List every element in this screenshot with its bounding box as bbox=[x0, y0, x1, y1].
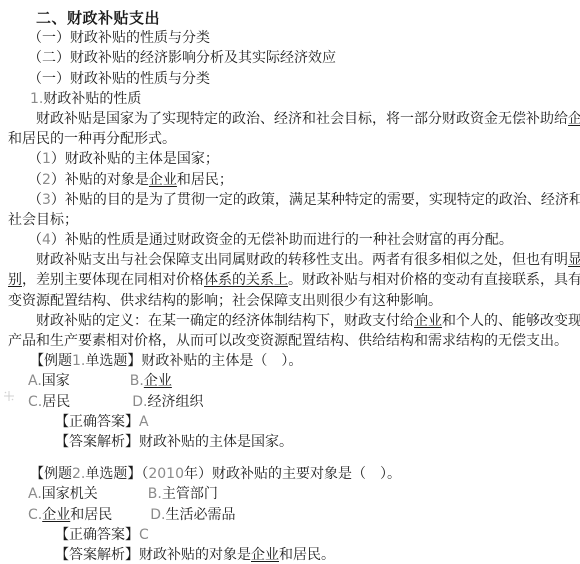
text-run: 单选题】（ bbox=[85, 466, 148, 482]
document-line: A.国家B.企业 bbox=[8, 371, 580, 391]
underlined-text: 企业 bbox=[149, 172, 177, 188]
text-run: 和个人的、能够改变现有 bbox=[442, 313, 580, 329]
document-line: A.国家机关B.主管部门 bbox=[8, 484, 580, 504]
document-line: （4）补贴的性质是通过财政资金的无偿补助而进行的一种社会财富的再分配。 bbox=[8, 230, 580, 250]
text-run: （ bbox=[28, 192, 42, 208]
text-run: （ bbox=[28, 151, 42, 167]
underlined-text: 企业 bbox=[251, 547, 279, 563]
text-run: 生活必需品 bbox=[165, 507, 235, 523]
underlined-text: 企业 bbox=[42, 507, 70, 523]
document-line: 变资源配置结构、供求结构的影响；社会保障支出则很少有这种影响。 bbox=[8, 291, 580, 311]
text-run: 居民 bbox=[42, 394, 70, 410]
text-run: （ bbox=[28, 172, 42, 188]
document-line: 1.财政补贴的性质 bbox=[8, 89, 580, 109]
anchor-cross-icon bbox=[3, 390, 15, 402]
document-line: C.居民D.经济组织 bbox=[8, 392, 580, 412]
document-line: 【例题1.单选题】财政补贴的主体是（ ）。 bbox=[8, 351, 580, 371]
text-run: D. bbox=[132, 394, 147, 410]
text-run: 【答案解析】财政补贴的主体是国家。 bbox=[55, 434, 293, 450]
underlined-text: 企业 bbox=[568, 111, 580, 127]
underlined-text: 显差 bbox=[568, 252, 580, 268]
text-run: 财政补贴是国家为了实现特定的政治、经济和社会目标，将一部分财政资金无偿补助给 bbox=[36, 111, 568, 127]
text-run: （一）财政补贴的性质与分类 bbox=[28, 30, 210, 46]
text-run: 1. bbox=[30, 91, 43, 107]
text-run: 社会目标； bbox=[8, 212, 78, 228]
text-run: 【正确答案】 bbox=[55, 414, 139, 430]
text-run: 主管部门 bbox=[162, 486, 218, 502]
text-run: 。财政补贴与相对价格的变动有直接联系，具有改 bbox=[288, 272, 580, 288]
document-line: （1）财政补贴的主体是国家； bbox=[8, 149, 580, 169]
document-line: （一）财政补贴的性质与分类 bbox=[8, 28, 580, 48]
text-run: 和居民 bbox=[70, 507, 112, 523]
document-line: 【答案解析】财政补贴的主体是国家。 bbox=[8, 432, 580, 452]
text-run: 和居民的一种再分配形式。 bbox=[8, 131, 176, 147]
document-line: 社会目标； bbox=[8, 210, 580, 230]
document-line: （2）补贴的对象是企业和居民； bbox=[8, 170, 580, 190]
text-run: 变资源配置结构、供求结构的影响；社会保障支出则很少有这种影响。 bbox=[8, 293, 442, 309]
text-run: ）补贴的性质是通过财政资金的无偿补助而进行的一种社会财富的再分配。 bbox=[51, 232, 513, 248]
document-line: C.企业和居民D.生活必需品 bbox=[8, 505, 580, 525]
underlined-text: 企业 bbox=[414, 313, 442, 329]
text-run: A. bbox=[28, 373, 42, 389]
text-run: ，差别主要体现在同相对价格 bbox=[22, 272, 204, 288]
text-run: B. bbox=[148, 486, 162, 502]
document-page: 二、财政补贴支出（一）财政补贴的性质与分类（二）财政补贴的经济影响分析及其实际经… bbox=[0, 0, 580, 564]
underlined-text: 别 bbox=[8, 272, 22, 288]
text-run: 经济组织 bbox=[147, 394, 203, 410]
text-run: 和居民； bbox=[177, 172, 233, 188]
text-run: 2010 bbox=[148, 466, 184, 482]
text-run: 财政补贴的性质 bbox=[43, 91, 141, 107]
underlined-text: 体系的关系上 bbox=[204, 272, 288, 288]
document-line: 【例题2.单选题】（2010年）财政补贴的主要对象是（ ）。 bbox=[8, 464, 580, 484]
text-run: A. bbox=[28, 486, 42, 502]
text-run: 2. bbox=[72, 466, 85, 482]
underlined-text: 企业 bbox=[144, 373, 172, 389]
document-line: 别，差别主要体现在同相对价格体系的关系上。财政补贴与相对价格的变动有直接联系，具… bbox=[8, 270, 580, 290]
text-run: 产品和生产要素相对价格，从而可以改变资源配置结构、供给结构和需求结构的无偿支出。 bbox=[8, 333, 568, 349]
text-run: 财政补贴的定义：在某一确定的经济体制结构下，财政支付给 bbox=[36, 313, 414, 329]
text-run: ）补贴的目的是为了贯彻一定的政策，满足某种特定的需要，实现特定的政治、经济和 bbox=[51, 192, 580, 208]
text-run: 单选题】财政补贴的主体是（ ）。 bbox=[85, 353, 302, 369]
text-run: 国家 bbox=[42, 373, 70, 389]
text-run: 【正确答案】 bbox=[55, 527, 139, 543]
text-run: 【例题 bbox=[30, 353, 72, 369]
text-run: （ bbox=[28, 232, 42, 248]
text-run: 【例题 bbox=[30, 466, 72, 482]
text-run: 国家机关 bbox=[42, 486, 98, 502]
text-run: 年）财政补贴的主要对象是（ ）。 bbox=[184, 466, 401, 482]
text-run: ）财政补贴的主体是国家； bbox=[51, 151, 219, 167]
document-line: 和居民的一种再分配形式。 bbox=[8, 129, 580, 149]
text-run: 1. bbox=[72, 353, 85, 369]
text-run: D. bbox=[150, 507, 165, 523]
document-line: 【答案解析】财政补贴的对象是企业和居民。 bbox=[8, 545, 580, 564]
text-run: 3 bbox=[42, 192, 51, 208]
text-run: （一）财政补贴的性质与分类 bbox=[28, 71, 210, 87]
document-line: 【正确答案】C bbox=[8, 525, 580, 545]
text-run: （二）财政补贴的经济影响分析及其实际经济效应 bbox=[28, 50, 336, 66]
document-line: 二、财政补贴支出 bbox=[8, 8, 580, 28]
text-run: 财政补贴支出与社会保障支出同属财政的转移性支出。两者有很多相似之处，但也有明 bbox=[36, 252, 568, 268]
text-run: C bbox=[139, 527, 149, 543]
text-run: ）补贴的对象是 bbox=[51, 172, 149, 188]
text-run: C. bbox=[28, 507, 42, 523]
text-run: 和居民。 bbox=[279, 547, 335, 563]
document-line: 财政补贴是国家为了实现特定的政治、经济和社会目标，将一部分财政资金无偿补助给企业 bbox=[8, 109, 580, 129]
document-line: （一）财政补贴的性质与分类 bbox=[8, 69, 580, 89]
document-body: 二、财政补贴支出（一）财政补贴的性质与分类（二）财政补贴的经济影响分析及其实际经… bbox=[8, 8, 580, 564]
text-run: 4 bbox=[42, 232, 51, 248]
text-run: B. bbox=[130, 373, 144, 389]
text-run: 2 bbox=[42, 172, 51, 188]
document-line: 财政补贴支出与社会保障支出同属财政的转移性支出。两者有很多相似之处，但也有明显差 bbox=[8, 250, 580, 270]
document-line: （3）补贴的目的是为了贯彻一定的政策，满足某种特定的需要，实现特定的政治、经济和 bbox=[8, 190, 580, 210]
text-run: 1 bbox=[42, 151, 51, 167]
document-line: 财政补贴的定义：在某一确定的经济体制结构下，财政支付给企业和个人的、能够改变现有 bbox=[8, 311, 580, 331]
document-line: 产品和生产要素相对价格，从而可以改变资源配置结构、供给结构和需求结构的无偿支出。 bbox=[8, 331, 580, 351]
text-run: 二、财政补贴支出 bbox=[36, 9, 160, 27]
text-run: C. bbox=[28, 394, 42, 410]
document-line: 【正确答案】A bbox=[8, 412, 580, 432]
document-line: （二）财政补贴的经济影响分析及其实际经济效应 bbox=[8, 48, 580, 68]
text-run: 【答案解析】财政补贴的对象是 bbox=[55, 547, 251, 563]
text-run: A bbox=[139, 414, 149, 430]
